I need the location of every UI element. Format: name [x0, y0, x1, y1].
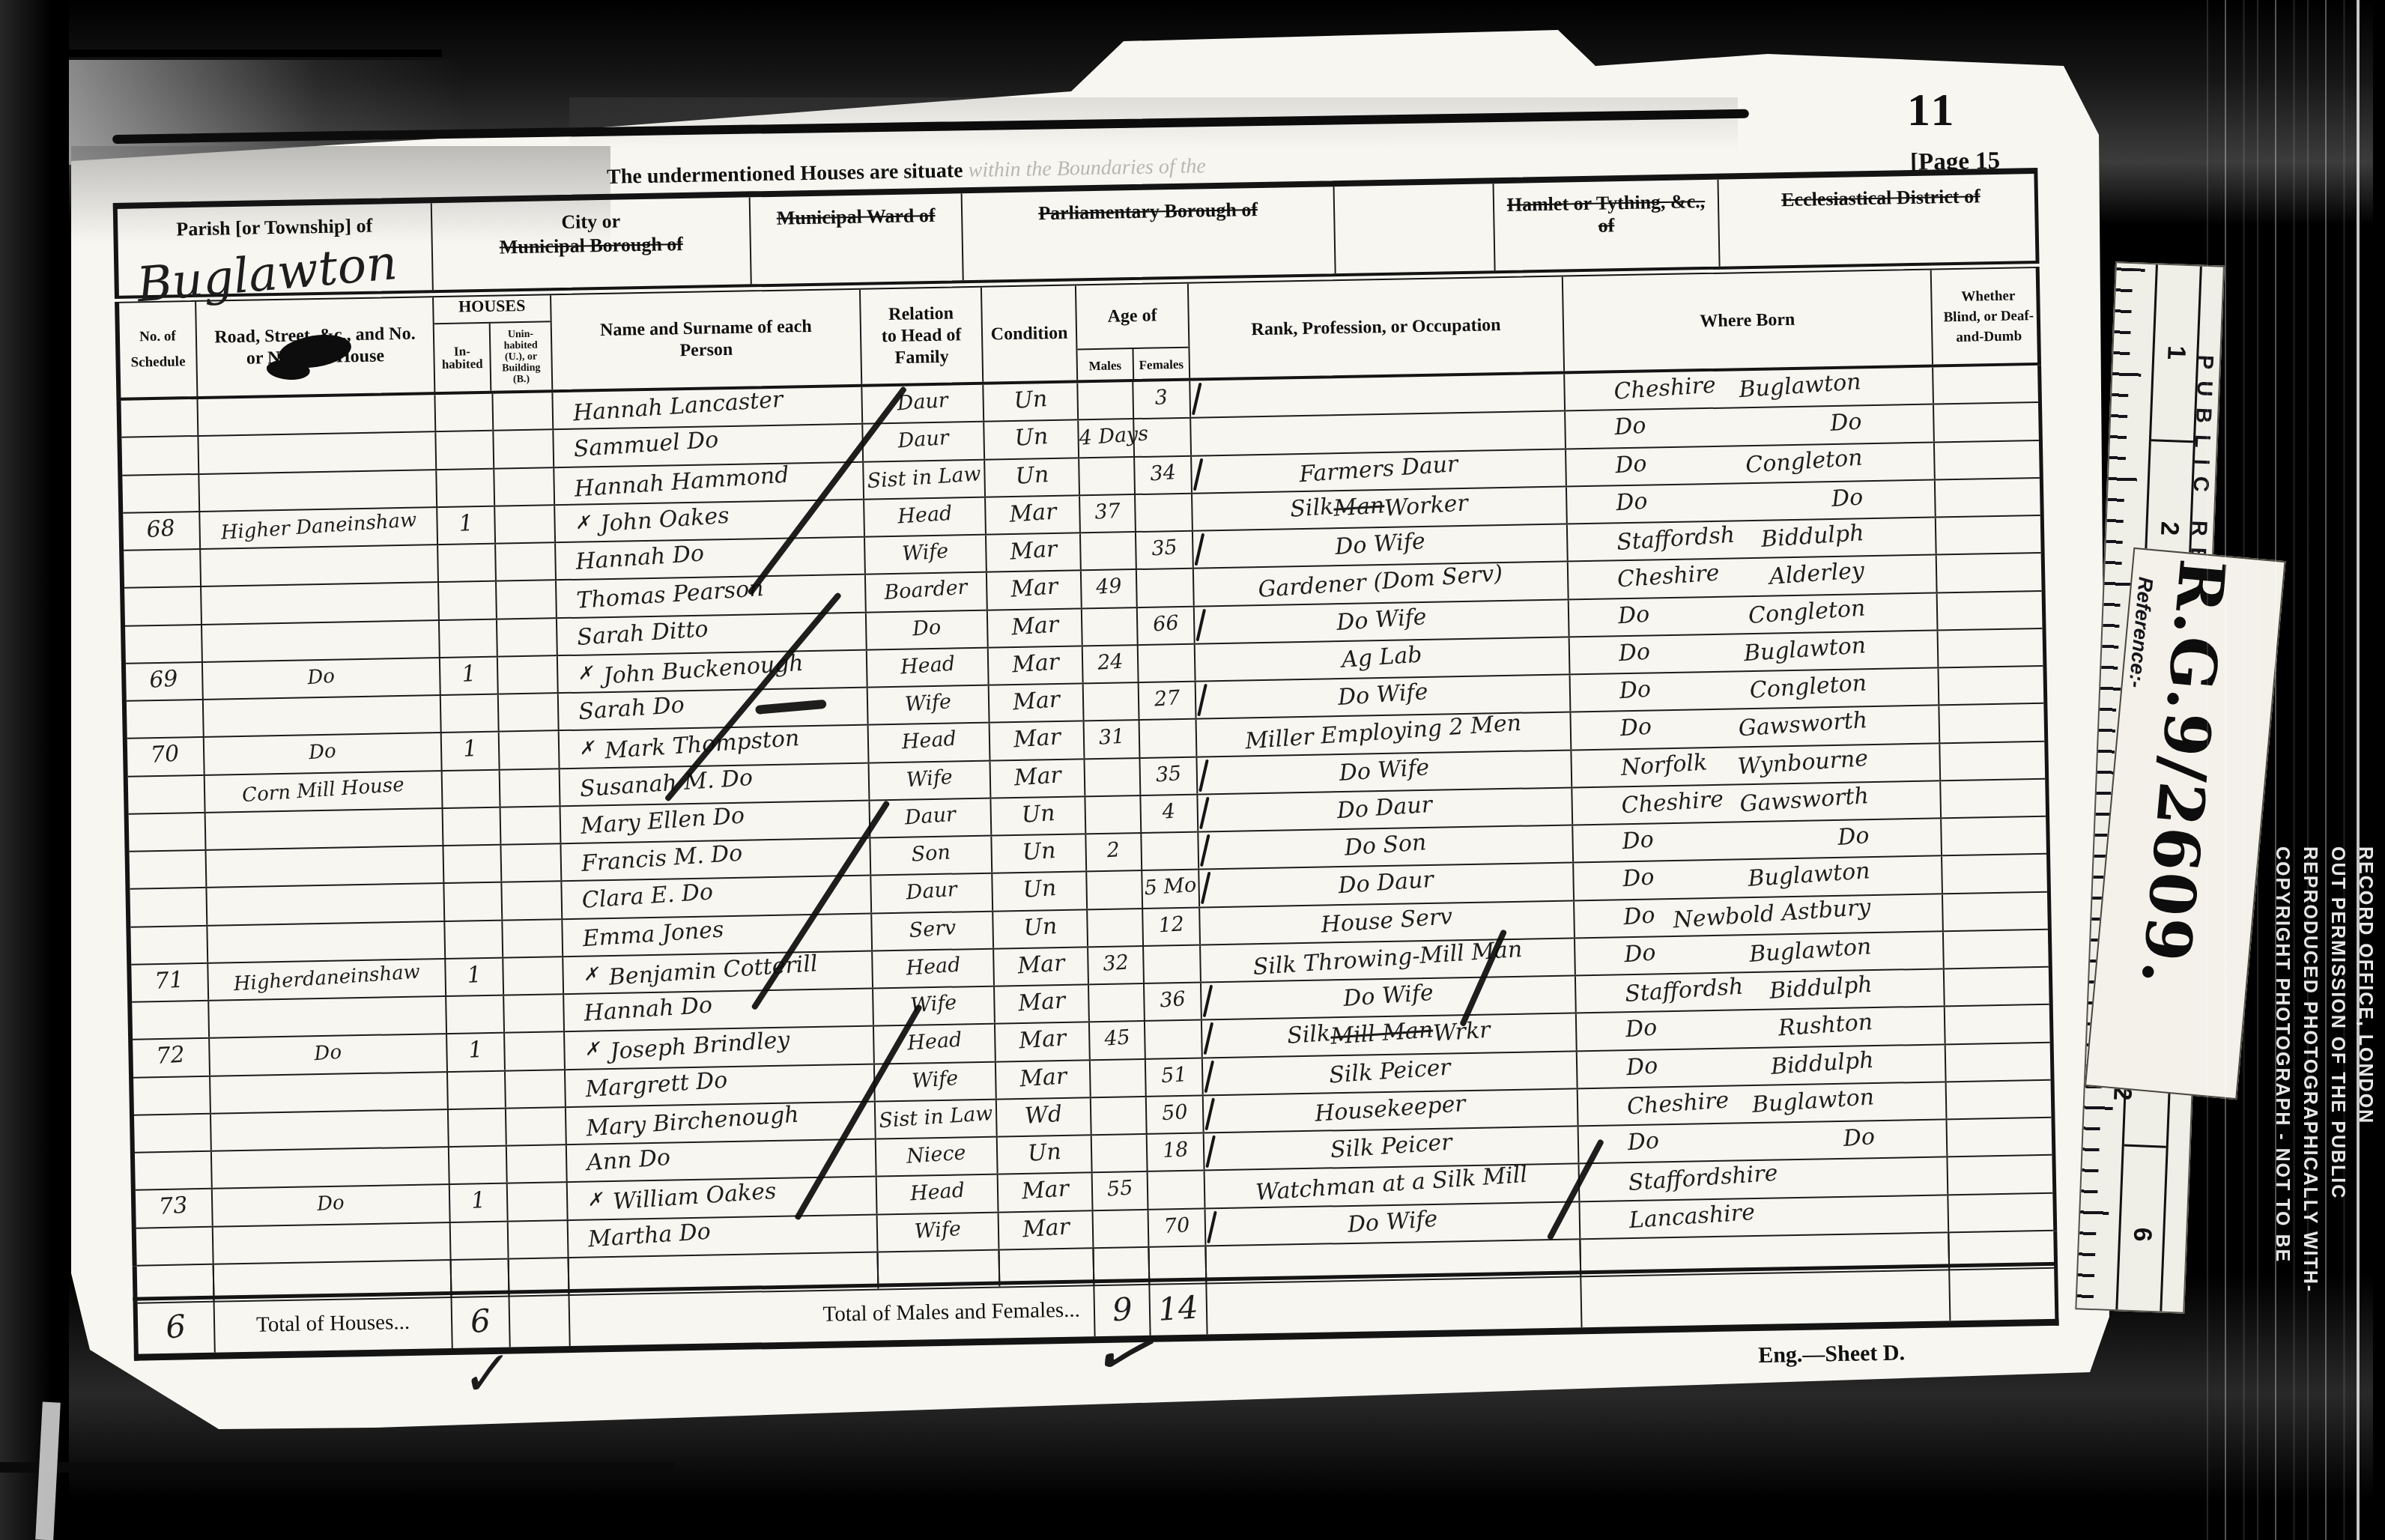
infirm-cell [1936, 478, 2049, 516]
age-females-cell [1137, 569, 1195, 607]
born-county: Cheshire [1626, 1084, 1730, 1127]
schedule-cell [124, 550, 201, 587]
age-males-cell [1084, 683, 1140, 721]
condition-cell: Mar [994, 948, 1089, 986]
occupation-text: Do Daur [1336, 789, 1434, 828]
occupation-cell: Farmers Daur [1192, 449, 1567, 492]
age-females-cell: 34 [1135, 456, 1192, 494]
born-county: Do [1619, 711, 1652, 749]
head-mark: ✗ [577, 656, 594, 690]
relation-cell: Son [870, 837, 993, 875]
condition-cell: Un [984, 383, 1079, 421]
tally-stroke [1195, 608, 1206, 641]
condition-cell: Mar [995, 1023, 1091, 1061]
age-males-cell [1089, 984, 1145, 1022]
inhabited-cell: 1 [446, 958, 504, 995]
inhabited-cell [437, 469, 495, 506]
condition-cell: Un [998, 1136, 1093, 1174]
uninhabited-cell [503, 920, 563, 957]
relation-cell: Daur [863, 422, 985, 461]
schedule-cell [130, 888, 207, 926]
col-occupation-header: Rank, Profession, or Occupation [1189, 277, 1565, 378]
age-males-cell: 31 [1085, 721, 1141, 758]
person-name: Clara E. Do [581, 876, 714, 918]
age-males-cell [1094, 1210, 1150, 1247]
born-cell: DoCongleton [1571, 668, 1940, 711]
born-place: Do [1842, 1121, 1876, 1159]
schedule-cell [125, 625, 203, 662]
name-cell: Francis M. Do [561, 839, 871, 881]
age-females-cell [1142, 833, 1199, 870]
occupation-text: Housekeeper [1314, 1088, 1467, 1130]
tally-stroke [1192, 383, 1202, 416]
age-header-label: Age of [1076, 284, 1189, 351]
infirm-cell [1933, 366, 2046, 404]
age-males-cell: 49 [1082, 570, 1138, 607]
person-name: Mary Ellen Do [580, 799, 746, 843]
born-county: Cheshire [1616, 557, 1721, 600]
street-cell [199, 432, 437, 473]
totals-uninhabited-cell [509, 1293, 570, 1347]
infirm-cell [1942, 817, 2055, 855]
relation-cell: Wife [870, 761, 992, 799]
totals-females-value: 14 [1157, 1288, 1200, 1327]
schedule-cell [127, 700, 204, 738]
film-right-edge [2373, 0, 2385, 1540]
tally-stroke [1204, 1097, 1215, 1130]
uninhabited-cell [507, 1145, 568, 1183]
municipal-ward-cell: Municipal Ward of [751, 193, 964, 284]
born-place: Do [1837, 819, 1870, 858]
infirm-cell [1948, 1118, 2061, 1156]
born-place: Buglawton [1742, 629, 1867, 673]
inhabited-cell [443, 770, 501, 807]
occupation-header-label: Rank, Profession, or Occupation [1251, 315, 1501, 341]
head-mark: ✗ [587, 1183, 604, 1216]
schedule-cell [122, 474, 200, 512]
age-males-cell: 24 [1083, 646, 1139, 683]
age-males-cell [1091, 1097, 1148, 1135]
col-schedule-header: No. of Schedule [119, 302, 198, 398]
occupation-cell: Do Wife [1206, 1202, 1581, 1245]
occupation-cell: Do Wife [1201, 976, 1577, 1019]
uninhabited-cell [505, 1032, 566, 1070]
name-cell: Mary Birchenough [566, 1102, 876, 1144]
age-females-cell: 3 [1133, 381, 1191, 419]
uninhabited-cell [509, 1221, 569, 1258]
occupation-text: Ag Lab [1341, 638, 1423, 676]
inhabited-cell [440, 619, 498, 657]
uninhabited-cell [495, 506, 556, 543]
born-place: Alderley [1769, 554, 1866, 597]
film-page-number: 11 [1907, 84, 1957, 137]
uninhabited-cell [501, 807, 562, 844]
person-name: Sammuel Do [572, 424, 719, 467]
inhabited-header-label: In- habited [434, 324, 492, 392]
street-cell [207, 846, 445, 887]
name-cell: Mary Ellen Do [561, 801, 871, 843]
name-cell: Hannah Lancaster [553, 387, 863, 429]
age-females-cell: 50 [1147, 1096, 1204, 1133]
relation-cell: Serv [872, 912, 994, 950]
relation-header-label: Relation to Head of Family [881, 303, 962, 369]
born-county: Do [1623, 936, 1657, 974]
condition-cell: Un [992, 834, 1087, 873]
age-females-cell [1140, 720, 1198, 757]
head-mark: ✗ [584, 1032, 601, 1066]
totals-born-cell [1581, 1267, 1951, 1327]
age-females-cell [1145, 1021, 1203, 1058]
name-cell: Sammuel Do [554, 425, 864, 467]
born-place: Wynbourne [1736, 742, 1869, 786]
street-cell: Do [203, 658, 441, 699]
schedule-cell [130, 926, 208, 963]
totals-schedule-cell: 6 [138, 1300, 216, 1354]
age-males-cell [1081, 533, 1137, 570]
infirm-cell [1945, 1005, 2058, 1043]
schedule-cell [136, 1227, 214, 1264]
schedule-cell [130, 851, 207, 888]
relation-cell: Head [867, 648, 990, 686]
relation-cell: Do [867, 610, 989, 649]
col-street-header: Road, Street, &c., and No. or Name of Ho… [196, 297, 435, 396]
totals-persons-label: Total of Males and Females... [822, 1298, 1080, 1327]
born-cell: DoNewbold Astbury [1575, 894, 1944, 937]
totals-persons-label-cell: Total of Males and Females... [569, 1283, 1095, 1346]
totals-infirm-cell [1950, 1266, 2063, 1321]
head-mark: ✗ [574, 506, 591, 539]
age-males-cell [1085, 758, 1141, 795]
infirm-cell [1947, 1080, 2060, 1118]
inhabited-cell [436, 431, 494, 469]
hamlet-cell: Hamlet or Tything, &c., of [1494, 180, 1720, 270]
inhabited-cell [439, 582, 497, 619]
infirm-cell [1938, 591, 2051, 629]
condition-cell: Un [984, 421, 1079, 459]
occupation-cell: Watchman at a Silk Mill [1205, 1165, 1581, 1207]
born-county: Do [1622, 861, 1655, 900]
age-males-cell [1079, 458, 1136, 495]
relation-cell: Wife [868, 686, 990, 724]
age-males-cell: 2 [1086, 834, 1142, 871]
infirm-cell [1948, 1193, 2061, 1231]
age-females-cell: 4 [1141, 795, 1198, 832]
born-county: Staffordshire [1628, 1157, 1780, 1204]
age-males-cell: 4 Days [1079, 419, 1135, 457]
uninhabited-cell [506, 1108, 567, 1145]
ecclesiastical-cell: Ecclesiastical District of [1718, 174, 2043, 267]
reference-label: Reference:- [2124, 576, 2157, 689]
uninhabited-cell [493, 392, 554, 430]
person-name: Hannah Do [583, 989, 713, 1030]
film-bottom-line [0, 1462, 674, 1473]
born-county: Do [1613, 410, 1647, 448]
infirm-cell [1942, 855, 2055, 893]
street-cell [201, 583, 440, 623]
person-name: William Oakes [612, 1175, 778, 1219]
born-county: Do [1614, 447, 1648, 485]
col-houses-header: HOUSES In- habited Unin- habited (U.), o… [434, 295, 553, 392]
schedule-cell [132, 1001, 210, 1039]
born-place [1874, 1159, 1876, 1195]
born-header-label: Where Born [1700, 309, 1795, 332]
infirm-cell [1943, 892, 2056, 930]
born-place: Do [1831, 481, 1864, 519]
age-males-cell: 45 [1090, 1022, 1146, 1059]
inhabited-cell [444, 883, 503, 921]
born-cell: CheshireBuglawton [1565, 367, 1934, 410]
tally-stroke [1194, 533, 1204, 566]
born-cell: DoBuglawton [1575, 932, 1945, 974]
born-cell: CheshireBuglawton [1578, 1082, 1948, 1125]
condition-cell: Mar [998, 1173, 1094, 1211]
born-county: Do [1622, 899, 1656, 937]
relation-cell: Sist in Law [864, 460, 986, 498]
occupation-cell [1191, 412, 1566, 455]
condition-header-label: Condition [990, 322, 1067, 345]
ruler-number: 1 [2161, 345, 2191, 360]
born-county: Do [1625, 1012, 1658, 1050]
inhabited-cell [443, 846, 502, 883]
inhabited-cell [451, 1222, 509, 1259]
tally-stroke [1198, 759, 1209, 792]
born-cell: StaffordshBiddulph [1568, 518, 1937, 560]
born-cell: DoDo [1567, 480, 1936, 523]
totals-houses-label: Total of Houses... [256, 1310, 410, 1338]
occupation-cell: Silk Throwing-Mill Man [1201, 939, 1576, 981]
schedule-cell: 73 [136, 1189, 213, 1227]
person-name: Emma Jones [581, 913, 724, 956]
blank-cell [1335, 184, 1496, 273]
occupation-text: Do Wife [1342, 977, 1434, 1016]
occupation-cell: Do Daur [1199, 864, 1575, 906]
inhabited-cell: 1 [447, 1034, 506, 1071]
head-mark: ✗ [578, 731, 596, 765]
born-cell: DoBuglawton [1570, 631, 1939, 673]
schedule-cell [124, 587, 202, 625]
born-cell: DoBuglawton [1574, 857, 1943, 900]
occupation-text: Do Son [1344, 826, 1428, 864]
col-name-header: Name and Surname of each Person [551, 290, 862, 390]
age-males-cell: 32 [1088, 947, 1145, 984]
uninhabited-header-label: Unin- habited (U.), or Building (B.) [491, 322, 552, 390]
born-place: Buglawton [1748, 930, 1873, 974]
tally-stroke [1201, 872, 1211, 905]
head-mark: ✗ [582, 957, 599, 991]
occupation-cell: Do Wife [1197, 751, 1572, 793]
top-note-faint-text: within the Boundaries of the [968, 154, 1206, 182]
occupation-text: Do Wife [1336, 676, 1428, 715]
born-place: Biddulph [1769, 1043, 1874, 1086]
uninhabited-cell [494, 431, 554, 468]
relation-cell: Sist in Law [876, 1100, 998, 1138]
occupation-cell: Silk Man Worker [1192, 487, 1568, 530]
check-mark: ✓ [454, 1338, 510, 1410]
born-cell: DoGawsworth [1571, 706, 1940, 749]
condition-cell: Mar [995, 985, 1090, 1023]
ward-label: Municipal Ward of [751, 204, 962, 230]
tally-stroke [1204, 1060, 1214, 1093]
schedule-cell [135, 1152, 213, 1189]
street-cell: Higherdaneinshaw [208, 960, 446, 1000]
inhabited-cell: 1 [442, 733, 500, 770]
tally-stroke [1207, 1210, 1217, 1243]
name-cell: Emma Jones [563, 914, 873, 956]
totals-schedule-value: 6 [165, 1308, 187, 1346]
film-left-edge [0, 0, 69, 1540]
col-condition-header: Condition [982, 285, 1078, 381]
occupation-cell: Housekeeper [1204, 1089, 1579, 1132]
condition-cell: Mar [986, 496, 1081, 534]
condition-cell: Mar [987, 533, 1082, 572]
born-place: Buglawton [1738, 366, 1862, 410]
born-cell: Lancashire [1580, 1195, 1949, 1238]
born-county: Do [1617, 598, 1651, 636]
uninhabited-cell [497, 619, 558, 656]
born-place: Do [1829, 406, 1863, 444]
age-females-cell: 70 [1149, 1209, 1207, 1246]
hamlet-label: Hamlet or Tything, &c., of [1494, 190, 1718, 239]
relation-cell: Boarder [866, 573, 988, 611]
occupation-cell: Miller Employing 2 Men [1197, 713, 1572, 756]
schedule-cell: 68 [123, 512, 201, 550]
uninhabited-cell [498, 656, 559, 694]
occupation-text: House Serv [1320, 900, 1453, 942]
born-cell: DoDo [1566, 405, 1935, 448]
born-cell: CheshireGawsworth [1572, 781, 1942, 824]
females-header-label: Females [1133, 348, 1189, 382]
age-females-cell [1139, 644, 1196, 682]
city-borough-cell: City or Municipal Borough of [432, 197, 752, 290]
inhabited-cell [446, 996, 505, 1034]
street-cell [211, 1110, 449, 1151]
age-males-cell [1092, 1135, 1148, 1172]
occupation-text: Farmers Daur [1298, 448, 1459, 491]
born-county: Do [1618, 673, 1652, 712]
name-cell: ✗Joseph Brindley [565, 1027, 875, 1069]
born-place: Congleton [1748, 667, 1867, 711]
infirm-cell [1945, 968, 2058, 1006]
uninhabited-cell [506, 1070, 566, 1108]
infirm-cell [1946, 1043, 2059, 1081]
born-place: Buglawton [1751, 1081, 1875, 1125]
inhabited-cell: 1 [450, 1184, 509, 1222]
inhabited-cell [435, 394, 494, 431]
born-cell: DoCongleton [1566, 443, 1936, 485]
relation-cell: Wife [878, 1213, 1000, 1251]
tally-stroke [1200, 834, 1210, 867]
condition-cell: Mar [989, 646, 1084, 685]
inhabited-cell [449, 1109, 507, 1146]
totals-females-cell: 14 [1150, 1281, 1207, 1335]
street-cell [207, 884, 445, 924]
schedule-cell: 69 [126, 663, 204, 700]
age-males-cell [1087, 871, 1143, 909]
born-county: Do [1615, 485, 1649, 523]
age-females-cell: 27 [1139, 682, 1197, 720]
infirm-cell [1935, 440, 2048, 479]
inhabited-cell [445, 921, 503, 958]
condition-cell: Un [993, 873, 1088, 911]
born-cell: DoDo [1579, 1120, 1948, 1162]
condition-cell: Mar [987, 572, 1082, 610]
occupation-text: Silk Peicer [1329, 1127, 1452, 1168]
relation-cell: Wife [865, 536, 987, 574]
infirm-cell [1948, 1156, 2061, 1194]
males-header-label: Males [1077, 349, 1134, 383]
inhabited-cell [449, 1147, 508, 1184]
born-place: Rushton [1778, 1006, 1874, 1049]
relation-cell: Daur [871, 874, 993, 912]
schedule-cell [129, 813, 207, 851]
age-females-cell: 18 [1148, 1134, 1205, 1171]
age-females-cell: 5 Mo [1142, 870, 1200, 908]
born-cell: DoRushton [1577, 1007, 1946, 1050]
age-females-cell: 35 [1136, 532, 1194, 569]
condition-cell: Mar [990, 684, 1085, 722]
relation-cell: Head [877, 1175, 999, 1213]
parish-cell: Parish [or Township] of Buglawton [118, 203, 434, 296]
condition-cell: Mar [991, 760, 1086, 798]
born-county: Do [1621, 823, 1655, 861]
city-label-line2: Municipal Borough of [433, 231, 750, 260]
person-name: Francis M. Do [581, 837, 744, 881]
name-cell: Susanah M. Do [560, 763, 870, 805]
person-name: Sarah Ditto [576, 613, 709, 655]
person-name: John Oakes [599, 500, 730, 541]
born-county: Do [1617, 635, 1651, 673]
occupation-text: Do Wife [1334, 525, 1426, 564]
street-cell [206, 809, 444, 849]
born-place: Gawsworth [1739, 780, 1870, 825]
infirm-header-label: Whether Blind, or Deaf- and-Dumb [1943, 285, 2034, 348]
houses-header-label: HOUSES [434, 295, 551, 324]
infirm-cell [1941, 779, 2054, 817]
person-name: Hannah Do [575, 537, 705, 578]
name-cell: ✗William Oakes [568, 1177, 878, 1219]
occupation-cell: Do Wife [1193, 524, 1569, 567]
occupation-cell: Do Son [1198, 825, 1574, 868]
col-relation-header: Relation to Head of Family [861, 288, 984, 384]
tally-stroke [1199, 796, 1210, 829]
condition-cell: Un [991, 797, 1086, 835]
age-males-cell: 55 [1093, 1172, 1149, 1210]
born-place: Biddulph [1768, 968, 1873, 1011]
schedule-cell: 70 [127, 738, 205, 775]
age-females-cell: 35 [1140, 757, 1198, 795]
person-name: Sarah Do [578, 689, 685, 729]
born-place: Congleton [1747, 592, 1866, 636]
born-place [1875, 1197, 1877, 1233]
street-cell [213, 1222, 452, 1263]
totals-occupation-cell [1207, 1274, 1582, 1334]
condition-cell: Un [985, 458, 1080, 497]
condition-cell: Mar [988, 609, 1083, 647]
ruler-number: 6 [2127, 1226, 2157, 1241]
census-rows: Hannah LancasterDaurUn3CheshireBuglawton… [116, 366, 2057, 1267]
born-cell: CheshireAlderley [1569, 556, 1938, 598]
relation-cell: Niece [876, 1138, 998, 1176]
uninhabited-cell [500, 731, 560, 769]
relation-cell: Head [869, 724, 991, 762]
inhabited-cell: 1 [440, 657, 499, 694]
schedule-cell: 72 [133, 1039, 210, 1076]
name-header-label: Name and Surname of each Person [552, 315, 861, 365]
infirm-cell [1939, 704, 2052, 742]
condition-cell: Mar [996, 1061, 1091, 1099]
born-county: Do [1625, 1049, 1659, 1088]
inhabited-cell [443, 807, 502, 845]
